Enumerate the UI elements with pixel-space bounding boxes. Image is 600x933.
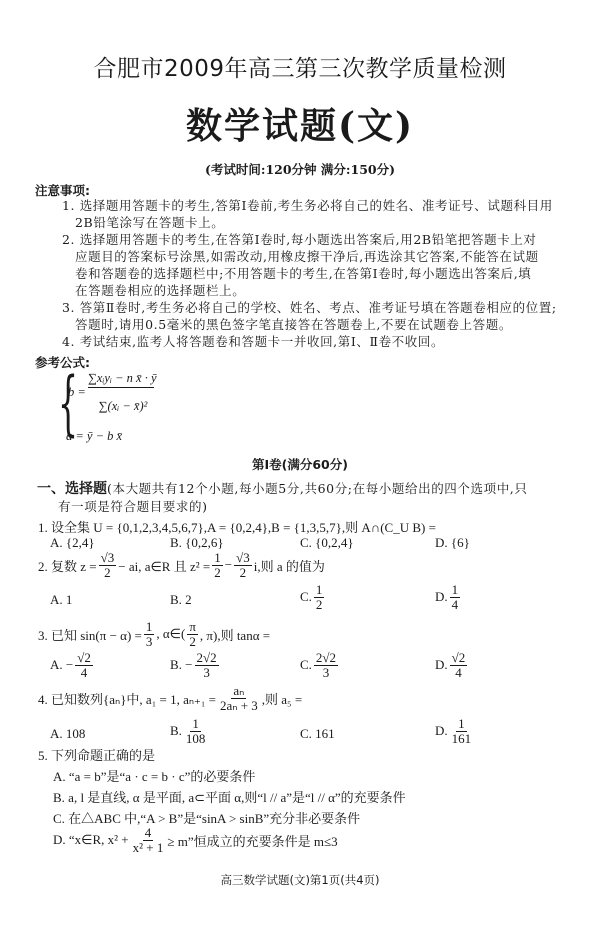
page-footer: 高三数学试题(文)第1页(共4页)	[0, 872, 600, 888]
formula-b-denominator: ∑(xᵢ − x̄)²	[92, 399, 154, 414]
q2-frac1-num: √3	[99, 551, 117, 566]
q4-prefix: 4. 已知数列{aₙ}中, a₁ = 1, aₙ₊₁ =	[38, 689, 216, 708]
q4-suffix: ,则 a₅ =	[262, 689, 302, 708]
note-line: 3. 答第Ⅱ卷时,考生务必将自己的学校、姓名、考点、准考证号填在答题卷相应的位置…	[62, 298, 557, 316]
q2-frac3-den: 2	[238, 566, 249, 580]
section1-desc-cont: 有一项是符合题目要求的)	[58, 497, 208, 515]
q3-mid: , α∈(	[156, 626, 185, 642]
question-1-stem: 1. 设全集 U = {0,1,2,3,4,5,6,7},A = {0,2,4}…	[38, 517, 436, 536]
question-3-stem: 3. 已知 sin(π − α) = 13 , α∈( π2 , π),则 ta…	[38, 620, 270, 648]
exam-title: 合肥市2009年高三第三次教学质量检测	[0, 50, 600, 83]
formula-b-lhs: b =	[68, 385, 86, 400]
q2-suffix: i,则 a 的值为	[254, 556, 325, 575]
q3-option-a: A. −√24	[50, 651, 95, 679]
brace-symbol: {	[58, 368, 78, 438]
q2-mid: − ai, a∈R 且 z² =	[118, 556, 210, 575]
exam-info: (考试时间:120分钟 满分:150分)	[0, 160, 600, 178]
question-5-stem: 5. 下列命题正确的是	[38, 745, 155, 764]
note-line: 4. 考试结束,监考人将答题卷和答题卡一并收回,第Ⅰ、Ⅱ卷不收回。	[62, 332, 444, 350]
section1-title: 一、选择题	[37, 481, 107, 497]
q4-option-c: C. 161	[300, 726, 335, 742]
q5-option-c: C. 在△ABC 中,“A > B”是“sinA > sinB”充分非必要条件	[53, 808, 360, 827]
formula-b-numerator: ∑xᵢyᵢ − n x̄ · ȳ	[88, 371, 154, 388]
q2-frac1-den: 2	[102, 566, 113, 580]
q5-option-d: D. “x∈R, x² + 4x² + 1 ≥ m”恒成立的充要条件是 m≤3	[53, 826, 338, 854]
note-line: 答题时,请用0.5毫米的黑色签字笔直接答在答题卷上,不要在试题卷上答题。	[75, 315, 512, 333]
note-line: 在答题卷相应的选择题栏上。	[75, 281, 245, 299]
q2-prefix: 2. 复数 z =	[38, 556, 97, 575]
q2-frac2-den: 2	[212, 566, 223, 580]
q3-option-c: C.2√23	[300, 651, 340, 679]
note-line: 1. 选择题用答题卡的考生,答第Ⅰ卷前,考生务必将自己的姓名、准考证号、试题科目…	[62, 196, 553, 214]
section1-header: 一、选择题(本大题共有12个小题,每小题5分,共60分;在每小题给出的四个选项中…	[37, 478, 527, 498]
note-line: 2. 选择题用答题卡的考生,在答第Ⅰ卷时,每小题选出答案后,用2B铅笔把答题卡上…	[62, 230, 537, 248]
q1-option-d: D. {6}	[435, 535, 470, 551]
question-2-stem: 2. 复数 z = √32 − ai, a∈R 且 z² = 12 − √32 …	[38, 551, 325, 579]
q3-option-b: B. −2√23	[170, 651, 221, 679]
q4-option-d: D.1161	[435, 717, 475, 745]
q2-frac2-num: 1	[212, 551, 223, 566]
note-line: 2B铅笔涂写在答题卡上。	[75, 213, 224, 231]
volume1-heading: 第Ⅰ卷(满分60分)	[0, 455, 600, 473]
q3-suffix: , π),则 tanα =	[200, 625, 270, 644]
q3-option-d: D.√24	[435, 651, 469, 679]
q2-option-a: A. 1	[50, 592, 72, 608]
q2-option-c: C.12	[300, 583, 326, 611]
q2-option-b: B. 2	[170, 592, 192, 608]
question-4-stem: 4. 已知数列{aₙ}中, a₁ = 1, aₙ₊₁ = aₙ2aₙ + 3 ,…	[38, 684, 302, 712]
q2-minus: −	[225, 557, 232, 573]
formula-a-line: a = ȳ − b x̄	[66, 429, 122, 444]
section1-desc: (本大题共有12个小题,每小题5分,共60分;在每小题给出的四个选项中,只	[107, 481, 527, 496]
q2-option-d: D.14	[435, 583, 462, 611]
q3-prefix: 3. 已知 sin(π − α) =	[38, 625, 142, 644]
q1-option-a: A. {2,4}	[50, 535, 95, 551]
subject-title: 数学试题(文)	[0, 98, 600, 149]
q1-option-c: C. {0,2,4}	[300, 535, 354, 551]
q5-option-a: A. “a = b”是“a · c = b · c”的必要条件	[53, 766, 255, 785]
q4-option-a: A. 108	[50, 726, 85, 742]
note-line: 应题目的答案标号涂黑,如需改动,用橡皮擦干净后,再选涂其它答案,不能答在试题	[75, 247, 539, 265]
q2-frac3-num: √3	[234, 551, 252, 566]
q5-option-b: B. a, l 是直线, α 是平面, a⊂平面 α,则“l // a”是“l …	[53, 787, 406, 806]
note-line: 卷和答题卷的选择题栏中;不用答题卡的考生,在答第Ⅰ卷时,每小题选出答案后,填	[75, 264, 531, 282]
q4-option-b: B.1108	[170, 717, 209, 745]
q1-option-b: B. {0,2,6}	[170, 535, 224, 551]
